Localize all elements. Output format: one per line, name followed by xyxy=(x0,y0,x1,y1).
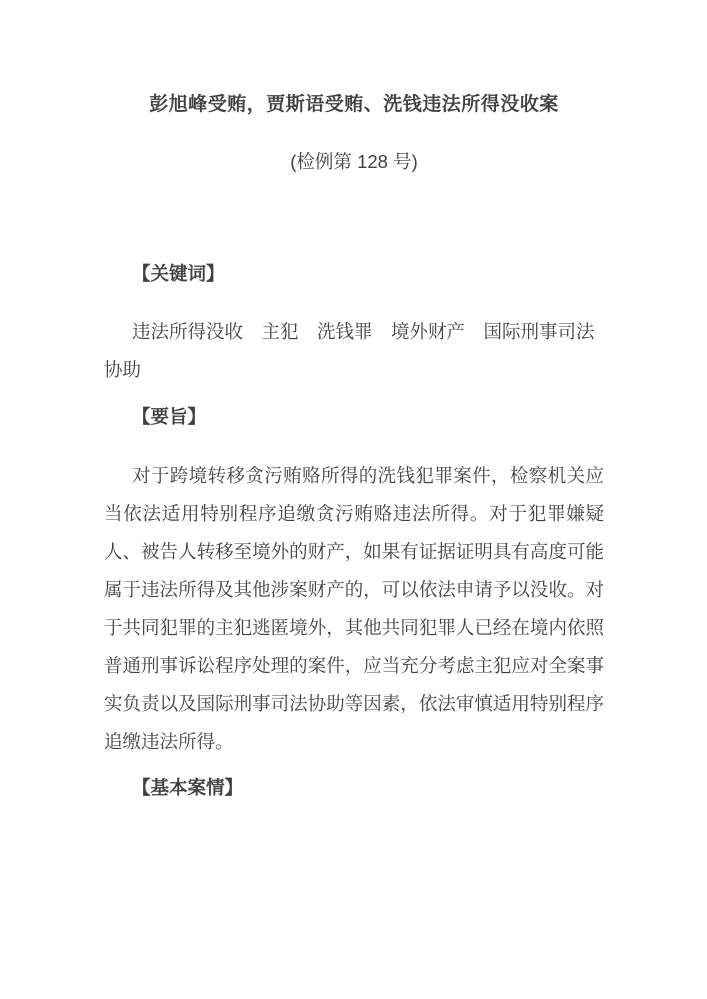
section-heading-summary: 【要旨】 xyxy=(104,398,604,436)
case-number: (检例第 128 号) xyxy=(104,143,604,181)
section-heading-basic-facts: 【基本案情】 xyxy=(104,769,604,807)
document-page: 彭旭峰受贿，贾斯语受贿、洗钱违法所得没收案 (检例第 128 号) 【关键词】 … xyxy=(0,0,707,999)
document-title: 彭旭峰受贿，贾斯语受贿、洗钱违法所得没收案 xyxy=(104,86,604,124)
section-heading-keywords: 【关键词】 xyxy=(104,255,604,293)
summary-paragraph: 对于跨境转移贪污贿赂所得的洗钱犯罪案件，检察机关应当依法适用特别程序追缴贪污贿赂… xyxy=(104,457,604,761)
keywords-list: 违法所得没收 主犯 洗钱罪 境外财产 国际刑事司法协助 xyxy=(104,313,604,389)
document-content: 彭旭峰受贿，贾斯语受贿、洗钱违法所得没收案 (检例第 128 号) 【关键词】 … xyxy=(104,86,604,807)
